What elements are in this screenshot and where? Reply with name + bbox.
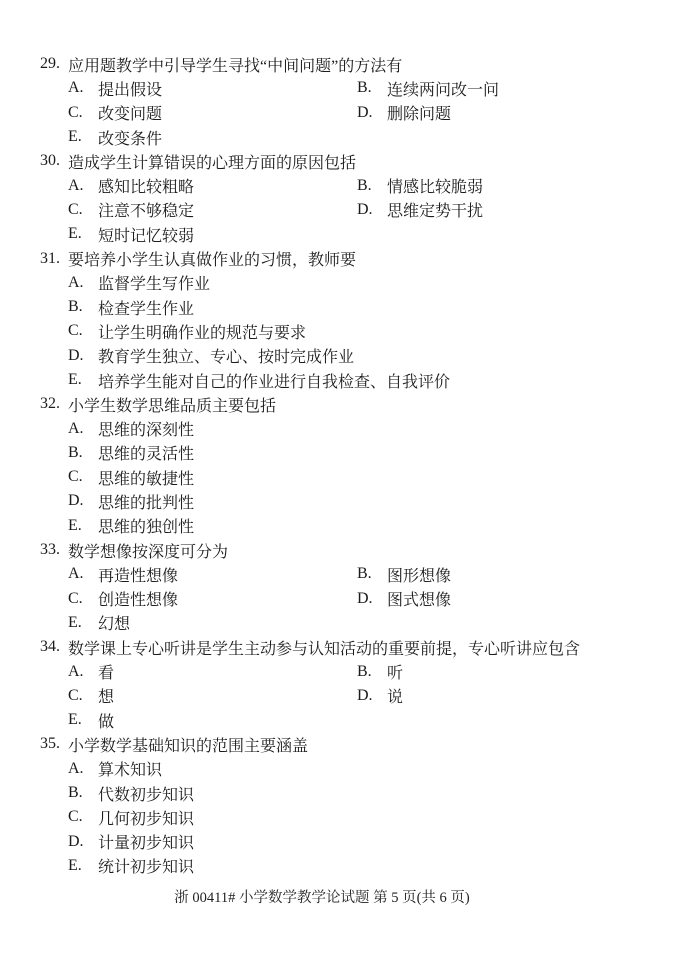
options-list: A.提出假设B.连续两问改一问C.改变问题D.删除问题E.改变条件 <box>68 76 654 149</box>
option-text: 想 <box>98 684 114 707</box>
option-item: D.思维的批判性 <box>68 489 654 513</box>
option-text: 创造性想像 <box>98 587 178 610</box>
option-label: A. <box>68 274 98 292</box>
option-label: C. <box>68 468 98 486</box>
option-label: B. <box>68 444 98 462</box>
question-stem: 应用题教学中引导学生寻找“中间问题”的方法有 <box>68 53 654 76</box>
option-text: 看 <box>98 660 114 683</box>
question-stem-row: 32.小学生数学思维品质主要包括 <box>40 392 654 416</box>
option-text: 图式想像 <box>387 587 451 610</box>
questions: 29.应用题教学中引导学生寻找“中间问题”的方法有A.提出假设B.连续两问改一问… <box>0 0 684 878</box>
option-label: D. <box>357 590 387 608</box>
exam-paper-page: 29.应用题教学中引导学生寻找“中间问题”的方法有A.提出假设B.连续两问改一问… <box>0 0 684 966</box>
option-text: 思维的深刻性 <box>98 417 194 440</box>
option-item: C.想 <box>68 684 357 708</box>
option-label: E. <box>68 857 98 875</box>
option-text: 计量初步知识 <box>98 830 194 853</box>
question-stem: 数学课上专心听讲是学生主动参与认知活动的重要前提，专心听讲应包含 <box>68 636 654 659</box>
question-stem: 小学生数学思维品质主要包括 <box>68 393 654 416</box>
option-item: B.情感比较脆弱 <box>357 173 654 197</box>
option-label: B. <box>68 784 98 802</box>
option-label: E. <box>68 225 98 243</box>
option-label: C. <box>68 808 98 826</box>
option-item: D.图式想像 <box>357 587 654 611</box>
question-stem-row: 30.造成学生计算错误的心理方面的原因包括 <box>40 149 654 173</box>
option-item: A.感知比较粗略 <box>68 173 357 197</box>
option-label: E. <box>68 711 98 729</box>
option-item: B.连续两问改一问 <box>357 76 654 100</box>
question-stem-row: 34.数学课上专心听讲是学生主动参与认知活动的重要前提，专心听讲应包含 <box>40 635 654 659</box>
option-label: D. <box>357 687 387 705</box>
question-stem: 小学数学基础知识的范围主要涵盖 <box>68 733 654 756</box>
options-list: A.算术知识B.代数初步知识C.几何初步知识D.计量初步知识E.统计初步知识 <box>68 757 654 878</box>
option-item: C.注意不够稳定 <box>68 198 357 222</box>
option-text: 培养学生能对自己的作业进行自我检查、自我评价 <box>98 369 450 392</box>
option-text: 删除问题 <box>387 101 451 124</box>
page-footer: 浙 00411# 小学数学教学论试题 第 5 页(共 6 页) <box>0 886 644 907</box>
option-text: 幻想 <box>98 611 130 634</box>
question-stem-row: 33.数学想像按深度可分为 <box>40 538 654 562</box>
option-item: A.提出假设 <box>68 76 357 100</box>
option-item: D.思维定势干扰 <box>357 198 654 222</box>
option-text: 教育学生独立、专心、按时完成作业 <box>98 344 354 367</box>
option-item: B.听 <box>357 659 654 683</box>
option-item: E.做 <box>68 708 357 732</box>
question-29: 29.应用题教学中引导学生寻找“中间问题”的方法有A.提出假设B.连续两问改一问… <box>40 52 654 149</box>
option-text: 感知比较粗略 <box>98 174 194 197</box>
option-label: E. <box>68 371 98 389</box>
option-label: B. <box>357 177 387 195</box>
option-item: E.培养学生能对自己的作业进行自我检查、自我评价 <box>68 368 654 392</box>
option-item: E.短时记忆较弱 <box>68 222 357 246</box>
option-item: E.幻想 <box>68 611 357 635</box>
option-text: 连续两问改一问 <box>387 77 499 100</box>
option-label: D. <box>68 833 98 851</box>
option-item: D.教育学生独立、专心、按时完成作业 <box>68 344 654 368</box>
option-text: 说 <box>387 684 403 707</box>
option-label: C. <box>68 104 98 122</box>
options-list: A.再造性想像B.图形想像C.创造性想像D.图式想像E.幻想 <box>68 562 654 635</box>
option-item: B.思维的灵活性 <box>68 441 654 465</box>
option-label: C. <box>68 322 98 340</box>
option-item: A.看 <box>68 659 357 683</box>
question-stem-row: 35.小学数学基础知识的范围主要涵盖 <box>40 732 654 756</box>
option-label: A. <box>68 760 98 778</box>
option-label: B. <box>68 298 98 316</box>
option-text: 思维的灵活性 <box>98 441 194 464</box>
option-item: C.创造性想像 <box>68 587 357 611</box>
option-text: 几何初步知识 <box>98 806 194 829</box>
option-label: B. <box>357 79 387 97</box>
option-item: D.说 <box>357 684 654 708</box>
option-item: A.监督学生写作业 <box>68 271 654 295</box>
option-label: E. <box>68 517 98 535</box>
question-30: 30.造成学生计算错误的心理方面的原因包括A.感知比较粗略B.情感比较脆弱C.注… <box>40 149 654 246</box>
option-text: 短时记忆较弱 <box>98 223 194 246</box>
option-item: B.图形想像 <box>357 562 654 586</box>
option-item: D.删除问题 <box>357 101 654 125</box>
options-list: A.感知比较粗略B.情感比较脆弱C.注意不够稳定D.思维定势干扰E.短时记忆较弱 <box>68 173 654 246</box>
question-number: 29. <box>40 55 68 73</box>
question-31: 31.要培养小学生认真做作业的习惯，教师要A.监督学生写作业B.检查学生作业C.… <box>40 246 654 392</box>
question-number: 33. <box>40 541 68 559</box>
option-text: 再造性想像 <box>98 563 178 586</box>
option-label: A. <box>68 565 98 583</box>
question-33: 33.数学想像按深度可分为A.再造性想像B.图形想像C.创造性想像D.图式想像E… <box>40 538 654 635</box>
option-text: 做 <box>98 709 114 732</box>
question-number: 31. <box>40 250 68 268</box>
option-label: C. <box>68 687 98 705</box>
question-stem: 要培养小学生认真做作业的习惯，教师要 <box>68 247 654 270</box>
option-label: D. <box>68 347 98 365</box>
option-text: 代数初步知识 <box>98 782 194 805</box>
option-text: 思维的敏捷性 <box>98 466 194 489</box>
question-stem-row: 31.要培养小学生认真做作业的习惯，教师要 <box>40 246 654 270</box>
question-34: 34.数学课上专心听讲是学生主动参与认知活动的重要前提，专心听讲应包含A.看B.… <box>40 635 654 732</box>
option-item: A.思维的深刻性 <box>68 416 654 440</box>
option-item: C.思维的敏捷性 <box>68 465 654 489</box>
option-label: E. <box>68 614 98 632</box>
option-text: 图形想像 <box>387 563 451 586</box>
option-label: A. <box>68 79 98 97</box>
option-label: E. <box>68 128 98 146</box>
option-text: 检查学生作业 <box>98 296 194 319</box>
option-text: 统计初步知识 <box>98 854 194 877</box>
option-text: 改变问题 <box>98 101 162 124</box>
option-item: C.让学生明确作业的规范与要求 <box>68 319 654 343</box>
question-35: 35.小学数学基础知识的范围主要涵盖A.算术知识B.代数初步知识C.几何初步知识… <box>40 732 654 878</box>
option-text: 算术知识 <box>98 757 162 780</box>
option-label: D. <box>68 492 98 510</box>
question-number: 32. <box>40 395 68 413</box>
option-item: C.几何初步知识 <box>68 805 654 829</box>
question-32: 32.小学生数学思维品质主要包括A.思维的深刻性B.思维的灵活性C.思维的敏捷性… <box>40 392 654 538</box>
option-label: B. <box>357 565 387 583</box>
question-number: 30. <box>40 152 68 170</box>
option-text: 监督学生写作业 <box>98 271 210 294</box>
option-text: 改变条件 <box>98 126 162 149</box>
option-text: 思维定势干扰 <box>387 198 483 221</box>
options-list: A.看B.听C.想D.说E.做 <box>68 659 654 732</box>
option-item: C.改变问题 <box>68 101 357 125</box>
option-label: D. <box>357 201 387 219</box>
option-text: 让学生明确作业的规范与要求 <box>98 320 306 343</box>
option-text: 思维的独创性 <box>98 514 194 537</box>
option-item: A.算术知识 <box>68 757 654 781</box>
option-item: E.思维的独创性 <box>68 514 654 538</box>
option-item: D.计量初步知识 <box>68 830 654 854</box>
question-number: 35. <box>40 735 68 753</box>
option-item: B.代数初步知识 <box>68 781 654 805</box>
option-text: 提出假设 <box>98 77 162 100</box>
options-list: A.思维的深刻性B.思维的灵活性C.思维的敏捷性D.思维的批判性E.思维的独创性 <box>68 416 654 537</box>
option-text: 思维的批判性 <box>98 490 194 513</box>
option-label: C. <box>68 201 98 219</box>
option-text: 听 <box>387 660 403 683</box>
question-stem: 造成学生计算错误的心理方面的原因包括 <box>68 150 654 173</box>
option-item: E.统计初步知识 <box>68 854 654 878</box>
option-text: 注意不够稳定 <box>98 198 194 221</box>
question-stem-row: 29.应用题教学中引导学生寻找“中间问题”的方法有 <box>40 52 654 76</box>
option-label: C. <box>68 590 98 608</box>
option-item: A.再造性想像 <box>68 562 357 586</box>
option-label: A. <box>68 420 98 438</box>
option-item: E.改变条件 <box>68 125 357 149</box>
option-label: B. <box>357 663 387 681</box>
option-label: A. <box>68 177 98 195</box>
question-number: 34. <box>40 638 68 656</box>
question-stem: 数学想像按深度可分为 <box>68 539 654 562</box>
options-list: A.监督学生写作业B.检查学生作业C.让学生明确作业的规范与要求D.教育学生独立… <box>68 271 654 392</box>
option-label: D. <box>357 104 387 122</box>
option-item: B.检查学生作业 <box>68 295 654 319</box>
option-label: A. <box>68 663 98 681</box>
option-text: 情感比较脆弱 <box>387 174 483 197</box>
